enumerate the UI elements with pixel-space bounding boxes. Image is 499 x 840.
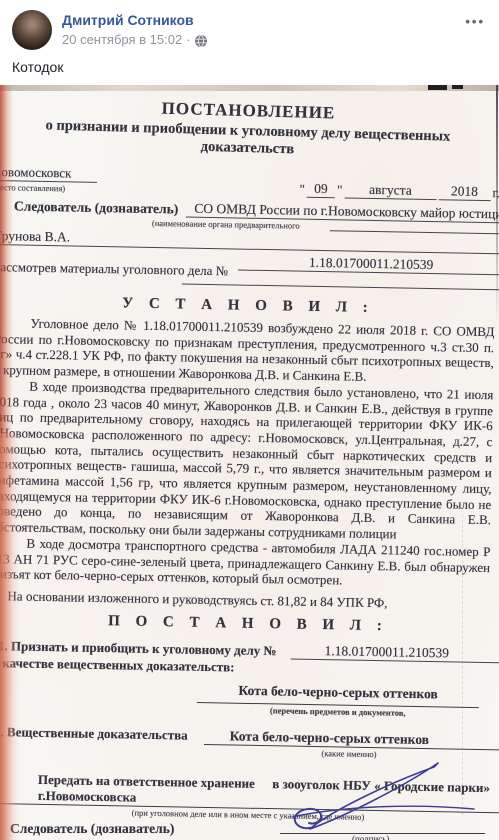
- paragraph: Уголовное дело № 1.18.01700011.210539 во…: [0, 315, 495, 387]
- ustanovil-heading: У С Т А Н О В И Л :: [0, 293, 499, 319]
- document-title: ПОСТАНОВЛЕНИЕ о признании и приобщении к…: [0, 94, 499, 163]
- case-review-label: рассмотрев материалы уголовного дела №: [0, 259, 228, 279]
- document-content: ПОСТАНОВЛЕНИЕ о признании и приобщении к…: [0, 85, 499, 815]
- date-open-quote: ": [299, 182, 305, 198]
- resolve-item2-label: 2. Вещественные доказательства: [0, 724, 188, 744]
- paragraph: В ходе досмотра транспортного средства -…: [0, 535, 491, 591]
- paragraph: На основании изложенного и руководствуяс…: [0, 588, 490, 613]
- post-text: Котодок: [0, 56, 499, 85]
- place-date-row: Новомосковск (место составления) " 09 " …: [0, 164, 499, 201]
- evidence-value: Кота бело-черно-серых оттенков: [197, 682, 479, 703]
- evidence-entry-1: Кота бело-черно-серых оттенков (перечень…: [197, 682, 480, 719]
- place-value: Новомосковск: [0, 164, 98, 183]
- meta-separator: ·: [186, 31, 190, 48]
- date-month: августа: [344, 181, 436, 200]
- attached-document-image[interactable]: ПОСТАНОВЛЕНИЕ о признании и приобщении к…: [0, 85, 499, 840]
- avatar[interactable]: [12, 10, 52, 50]
- date-close-quote: ": [337, 182, 343, 198]
- date-year: 2018: [438, 183, 490, 201]
- postanovil-heading: П О С Т А Н О В И Л :: [0, 611, 499, 637]
- resolve-item1-number: 1.18.01700011.210539: [290, 642, 499, 663]
- form-line: [330, 220, 499, 234]
- signer-label: Следователь (дознаватель): [10, 821, 174, 837]
- document-body: Уголовное дело № 1.18.01700011.210539 во…: [0, 315, 499, 613]
- globe-privacy-icon: [195, 34, 207, 46]
- org-hint: (наименование органа предварительного: [152, 218, 300, 231]
- post-options-button[interactable]: •••: [465, 14, 485, 29]
- post-timestamp[interactable]: 20 сентября в 15:02: [62, 31, 182, 48]
- scan-left-shadow: [0, 433, 20, 840]
- paragraph: В ходе производства предварительного сле…: [0, 378, 493, 544]
- date-suffix: г.: [492, 185, 499, 201]
- post-header: Дмитрий Сотников 20 сентября в 15:02 · •…: [0, 0, 499, 56]
- date-day: 09: [307, 181, 335, 199]
- case-number: 1.18.01700011.210539: [238, 254, 499, 276]
- author-link[interactable]: Дмитрий Сотников: [62, 11, 194, 30]
- place-hint: (место составления): [0, 182, 97, 194]
- handwritten-signature: [288, 757, 478, 840]
- case-number-block: рассмотрев материалы уголовного дела № 1…: [0, 249, 499, 290]
